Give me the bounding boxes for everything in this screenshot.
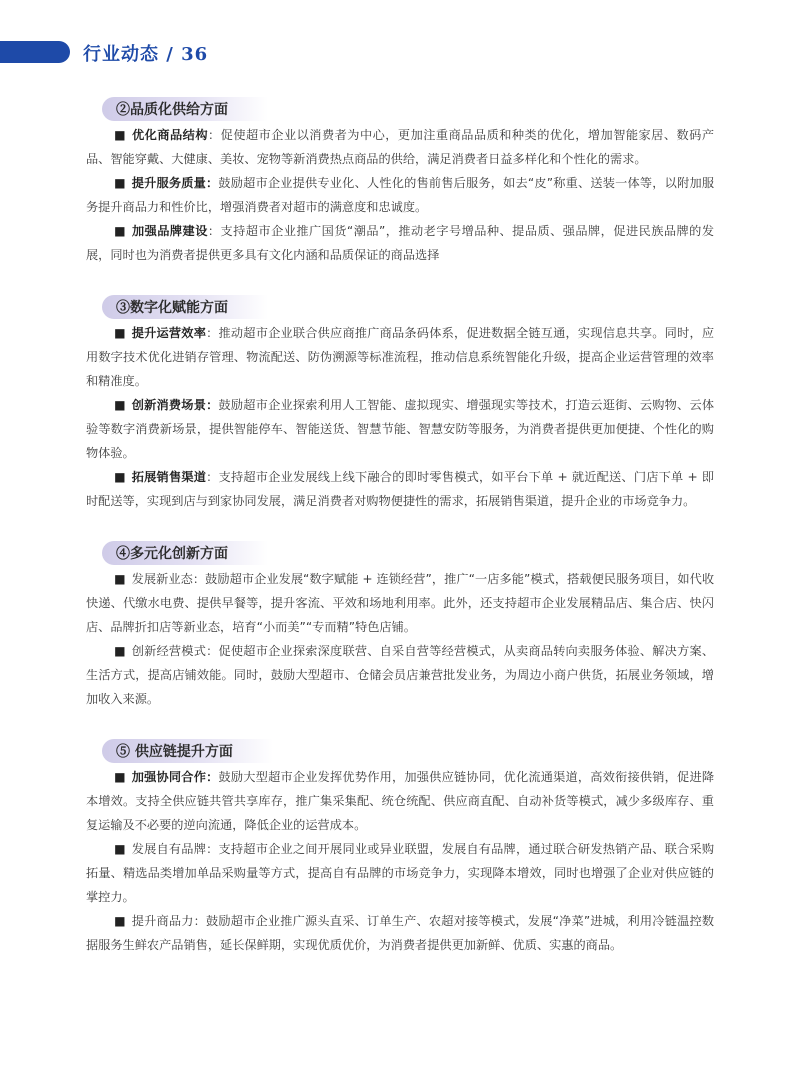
lead-separator: ：: [194, 914, 206, 928]
section-heading: ④多元化创新方面: [102, 541, 268, 565]
lead-separator: ：: [206, 326, 218, 340]
paragraph: ■提升运营效率：推动超市企业联合供应商推广商品条码体系，促进数据全链互通，实现信…: [86, 321, 714, 393]
lead-separator: ：: [206, 644, 218, 658]
section-heading: ③数字化赋能方面: [102, 295, 268, 319]
paragraph-lead: 拓展销售渠道: [132, 470, 206, 484]
bullet-square-icon: ■: [114, 326, 126, 340]
paragraph-lead: 发展自有品牌: [132, 842, 206, 856]
section-supply-chain: ⑤ 供应链提升方面 ■加强协同合作：鼓励大型超市企业发挥优势作用，加强供应链协同…: [86, 739, 714, 957]
paragraph-lead: 加强协同合作：: [132, 770, 219, 784]
lead-separator: ：: [206, 842, 218, 856]
section-quality-supply: ②品质化供给方面 ■优化商品结构：促使超市企业以消费者为中心，更加注重商品品质和…: [86, 97, 714, 267]
paragraph-lead: 发展新业态: [132, 572, 193, 586]
paragraph: ■发展自有品牌：支持超市企业之间开展同业或异业联盟，发展自有品牌，通过联合研发热…: [86, 837, 714, 909]
paragraph: ■创新消费场景：鼓励超市企业探索利用人工智能、虚拟现实、增强现实等技术，打造云逛…: [86, 393, 714, 465]
paragraph-lead: 提升运营效率: [132, 326, 206, 340]
paragraph-lead: 创新消费场景：: [132, 398, 219, 412]
paragraph: ■加强品牌建设：支持超市企业推广国货“潮品”，推动老字号增品种、提品质、强品牌，…: [86, 219, 714, 267]
page-header-title: 行业动态 / 36: [83, 40, 208, 66]
lead-separator: ：: [208, 224, 221, 238]
paragraph: ■拓展销售渠道：支持超市企业发展线上线下融合的即时零售模式，如平台下单 + 就近…: [86, 465, 714, 513]
paragraph: ■加强协同合作：鼓励大型超市企业发挥优势作用，加强供应链协同，优化流通渠道，高效…: [86, 765, 714, 837]
paragraph: ■创新经营模式：促使超市企业探索深度联营、自采自营等经营模式，从卖商品转向卖服务…: [86, 639, 714, 711]
paragraph: ■优化商品结构：促使超市企业以消费者为中心，更加注重商品品质和种类的优化，增加智…: [86, 123, 714, 171]
paragraph-lead: 优化商品结构: [132, 128, 208, 142]
bullet-square-icon: ■: [114, 914, 126, 928]
section-heading: ②品质化供给方面: [102, 97, 268, 121]
paragraph-lead: 创新经营模式: [132, 644, 206, 658]
paragraph-lead: 提升商品力: [132, 914, 194, 928]
paragraph: ■发展新业态：鼓励超市企业发展“数字赋能 + 连锁经营”，推广“一店多能”模式，…: [86, 567, 714, 639]
section-heading: ⑤ 供应链提升方面: [102, 739, 273, 763]
paragraph-lead: 加强品牌建设: [132, 224, 208, 238]
bullet-square-icon: ■: [114, 224, 126, 238]
paragraph: ■提升服务质量：鼓励超市企业提供专业化、人性化的售前售后服务，如去“皮”称重、送…: [86, 171, 714, 219]
lead-separator: ：: [206, 470, 218, 484]
bullet-square-icon: ■: [114, 398, 126, 412]
bullet-square-icon: ■: [114, 470, 126, 484]
section-digital-empowerment: ③数字化赋能方面 ■提升运营效率：推动超市企业联合供应商推广商品条码体系，促进数…: [86, 295, 714, 513]
bullet-square-icon: ■: [114, 128, 126, 142]
paragraph-lead: 提升服务质量：: [132, 176, 219, 190]
bullet-square-icon: ■: [114, 572, 126, 586]
lead-separator: ：: [193, 572, 205, 586]
lead-separator: ：: [208, 128, 221, 142]
article-body: ②品质化供给方面 ■优化商品结构：促使超市企业以消费者为中心，更加注重商品品质和…: [86, 97, 714, 985]
header-accent-bar: [0, 41, 70, 63]
bullet-square-icon: ■: [114, 842, 126, 856]
bullet-square-icon: ■: [114, 644, 126, 658]
section-diversified-innovation: ④多元化创新方面 ■发展新业态：鼓励超市企业发展“数字赋能 + 连锁经营”，推广…: [86, 541, 714, 711]
paragraph: ■提升商品力：鼓励超市企业推广源头直采、订单生产、农超对接等模式，发展“净菜”进…: [86, 909, 714, 957]
bullet-square-icon: ■: [114, 176, 126, 190]
bullet-square-icon: ■: [114, 770, 126, 784]
